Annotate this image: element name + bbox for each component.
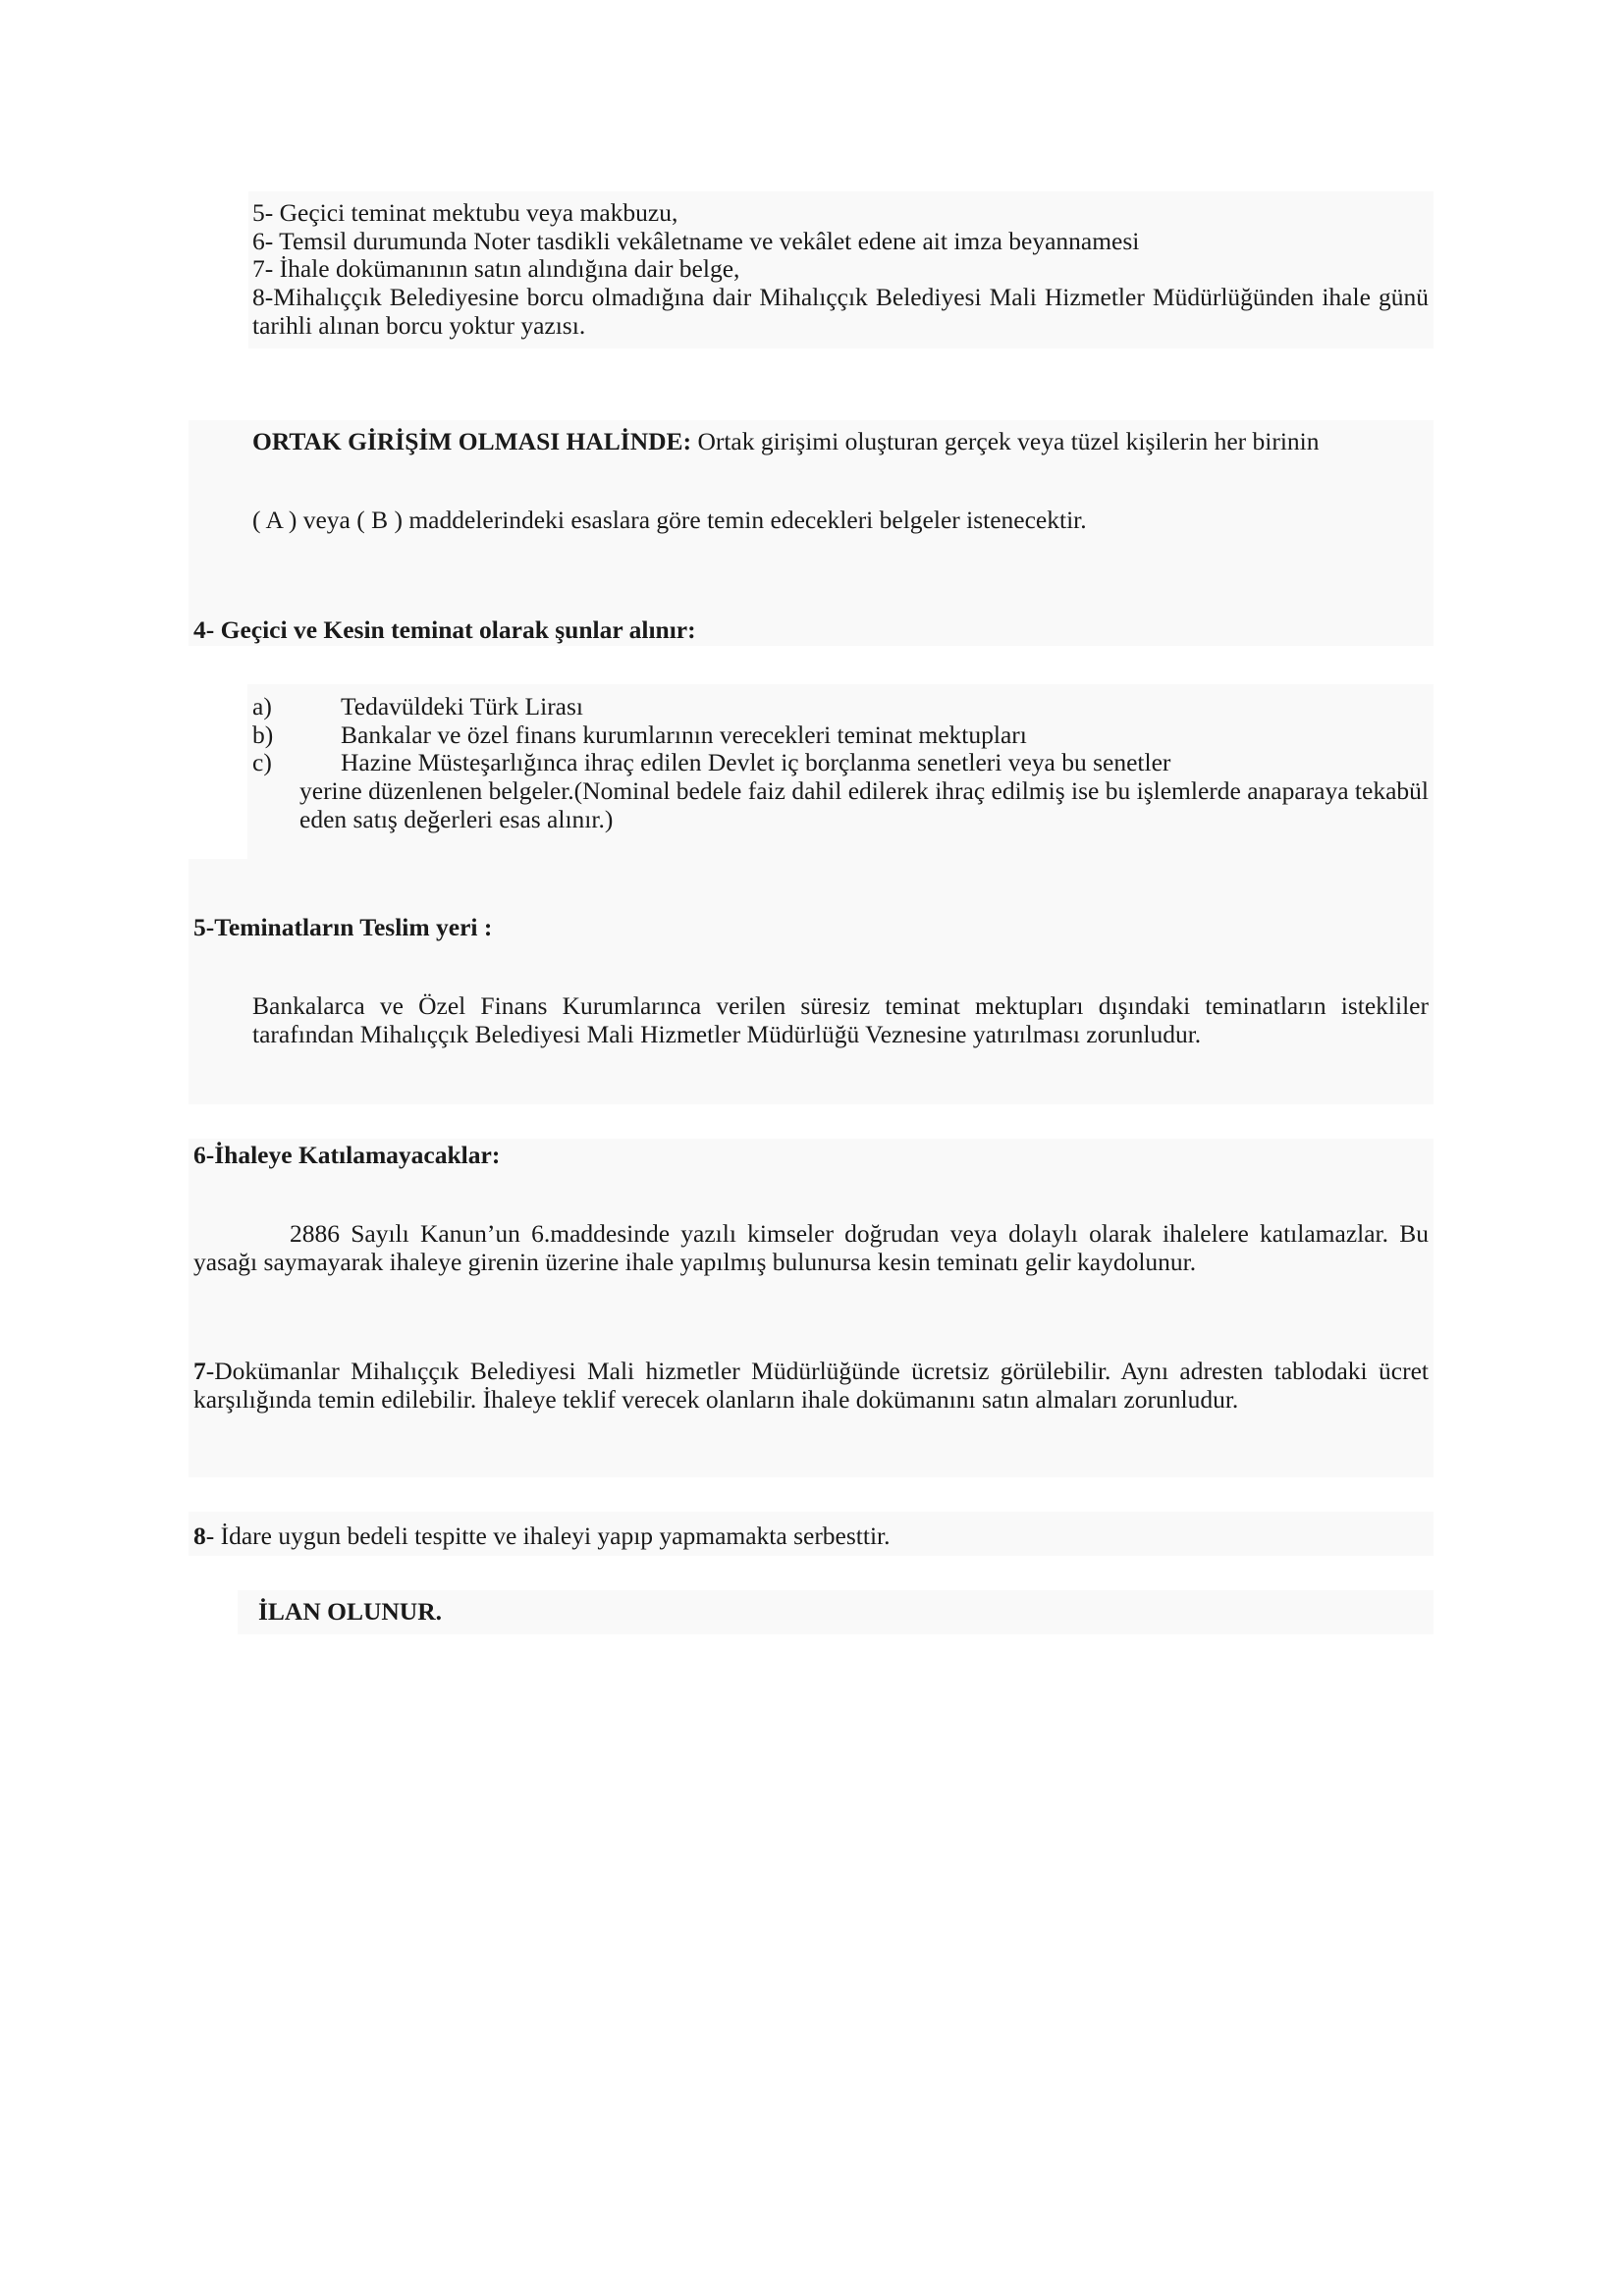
joint-venture-paragraph: ORTAK GİRİŞİM OLMASI HALİNDE: Ortak giri… — [193, 428, 1429, 456]
list-item: c) Hazine Müsteşarlığınca ihraç edilen D… — [252, 749, 1429, 777]
joint-venture-follow: ( A ) veya ( B ) maddelerindeki esaslara… — [193, 507, 1429, 535]
tint-section6 — [189, 1139, 1434, 1477]
section5-body: Bankalarca ve Özel Finans Kurumlarınca v… — [252, 992, 1429, 1048]
requirement-item: 8-Mihalıççık Belediyesine borcu olmadığı… — [252, 284, 1429, 340]
tint-section5 — [189, 859, 1434, 1104]
list-item-text: Hazine Müsteşarlığınca ihraç edilen Devl… — [341, 749, 1429, 777]
list-item-text: Bankalar ve özel finans kurumlarının ver… — [341, 721, 1429, 750]
list-item-label: b) — [252, 721, 341, 750]
section6-text: 2886 Sayılı Kanun’un 6.maddesinde yazılı… — [193, 1220, 1429, 1276]
list-item-continuation: yerine düzenlenen belgeler.(Nominal bede… — [252, 777, 1429, 833]
list-item-label: c) — [252, 749, 341, 777]
requirement-item: 7- İhale dokümanının satın alındığına da… — [252, 255, 1429, 284]
section5-heading: 5-Teminatların Teslim yeri : — [193, 914, 1429, 942]
section8-number: 8 — [193, 1522, 206, 1550]
list-item-label: a) — [252, 693, 341, 721]
joint-venture-follow-text: ( A ) veya ( B ) maddelerindeki esaslara… — [193, 507, 1429, 535]
joint-venture-lead: ORTAK GİRİŞİM OLMASI HALİNDE: — [252, 427, 691, 455]
guarantee-types-list: a) Tedavüldeki Türk Lirası b) Bankalar v… — [252, 693, 1429, 834]
section8: 8- İdare uygun bedeli tespitte ve ihaley… — [193, 1522, 1429, 1551]
section4-title: 4- Geçici ve Kesin teminat olarak şunlar… — [193, 616, 1429, 645]
section5-text: Bankalarca ve Özel Finans Kurumlarınca v… — [252, 992, 1429, 1048]
section7-text: -Dokümanlar Mihalıççık Belediyesi Mali h… — [193, 1357, 1429, 1414]
section6-heading: 6-İhaleye Katılamayacaklar: — [193, 1142, 1429, 1170]
joint-venture-text: Ortak girişimi oluşturan gerçek veya tüz… — [691, 427, 1319, 455]
section7-number: 7 — [193, 1357, 206, 1385]
requirements-list: 5- Geçici teminat mektubu veya makbuzu, … — [252, 199, 1429, 341]
section8-text: - İdare uygun bedeli tespitte ve ihaleyi… — [206, 1522, 891, 1550]
list-item-text: Tedavüldeki Türk Lirası — [341, 693, 1429, 721]
requirement-item: 5- Geçici teminat mektubu veya makbuzu, — [252, 199, 1429, 228]
section6-title: 6-İhaleye Katılamayacaklar: — [193, 1142, 1429, 1170]
section5-title: 5-Teminatların Teslim yeri : — [193, 914, 1429, 942]
requirement-item: 6- Temsil durumunda Noter tasdikli vekâl… — [252, 228, 1429, 256]
closing: İLAN OLUNUR. — [258, 1598, 1429, 1627]
list-item: a) Tedavüldeki Türk Lirası — [252, 693, 1429, 721]
section6-body: 2886 Sayılı Kanun’un 6.maddesinde yazılı… — [193, 1220, 1429, 1276]
section7: 7-Dokümanlar Mihalıççık Belediyesi Mali … — [193, 1358, 1429, 1414]
closing-text: İLAN OLUNUR. — [258, 1598, 1429, 1627]
list-item: b) Bankalar ve özel finans kurumlarının … — [252, 721, 1429, 750]
section4-heading: 4- Geçici ve Kesin teminat olarak şunlar… — [193, 616, 1429, 645]
